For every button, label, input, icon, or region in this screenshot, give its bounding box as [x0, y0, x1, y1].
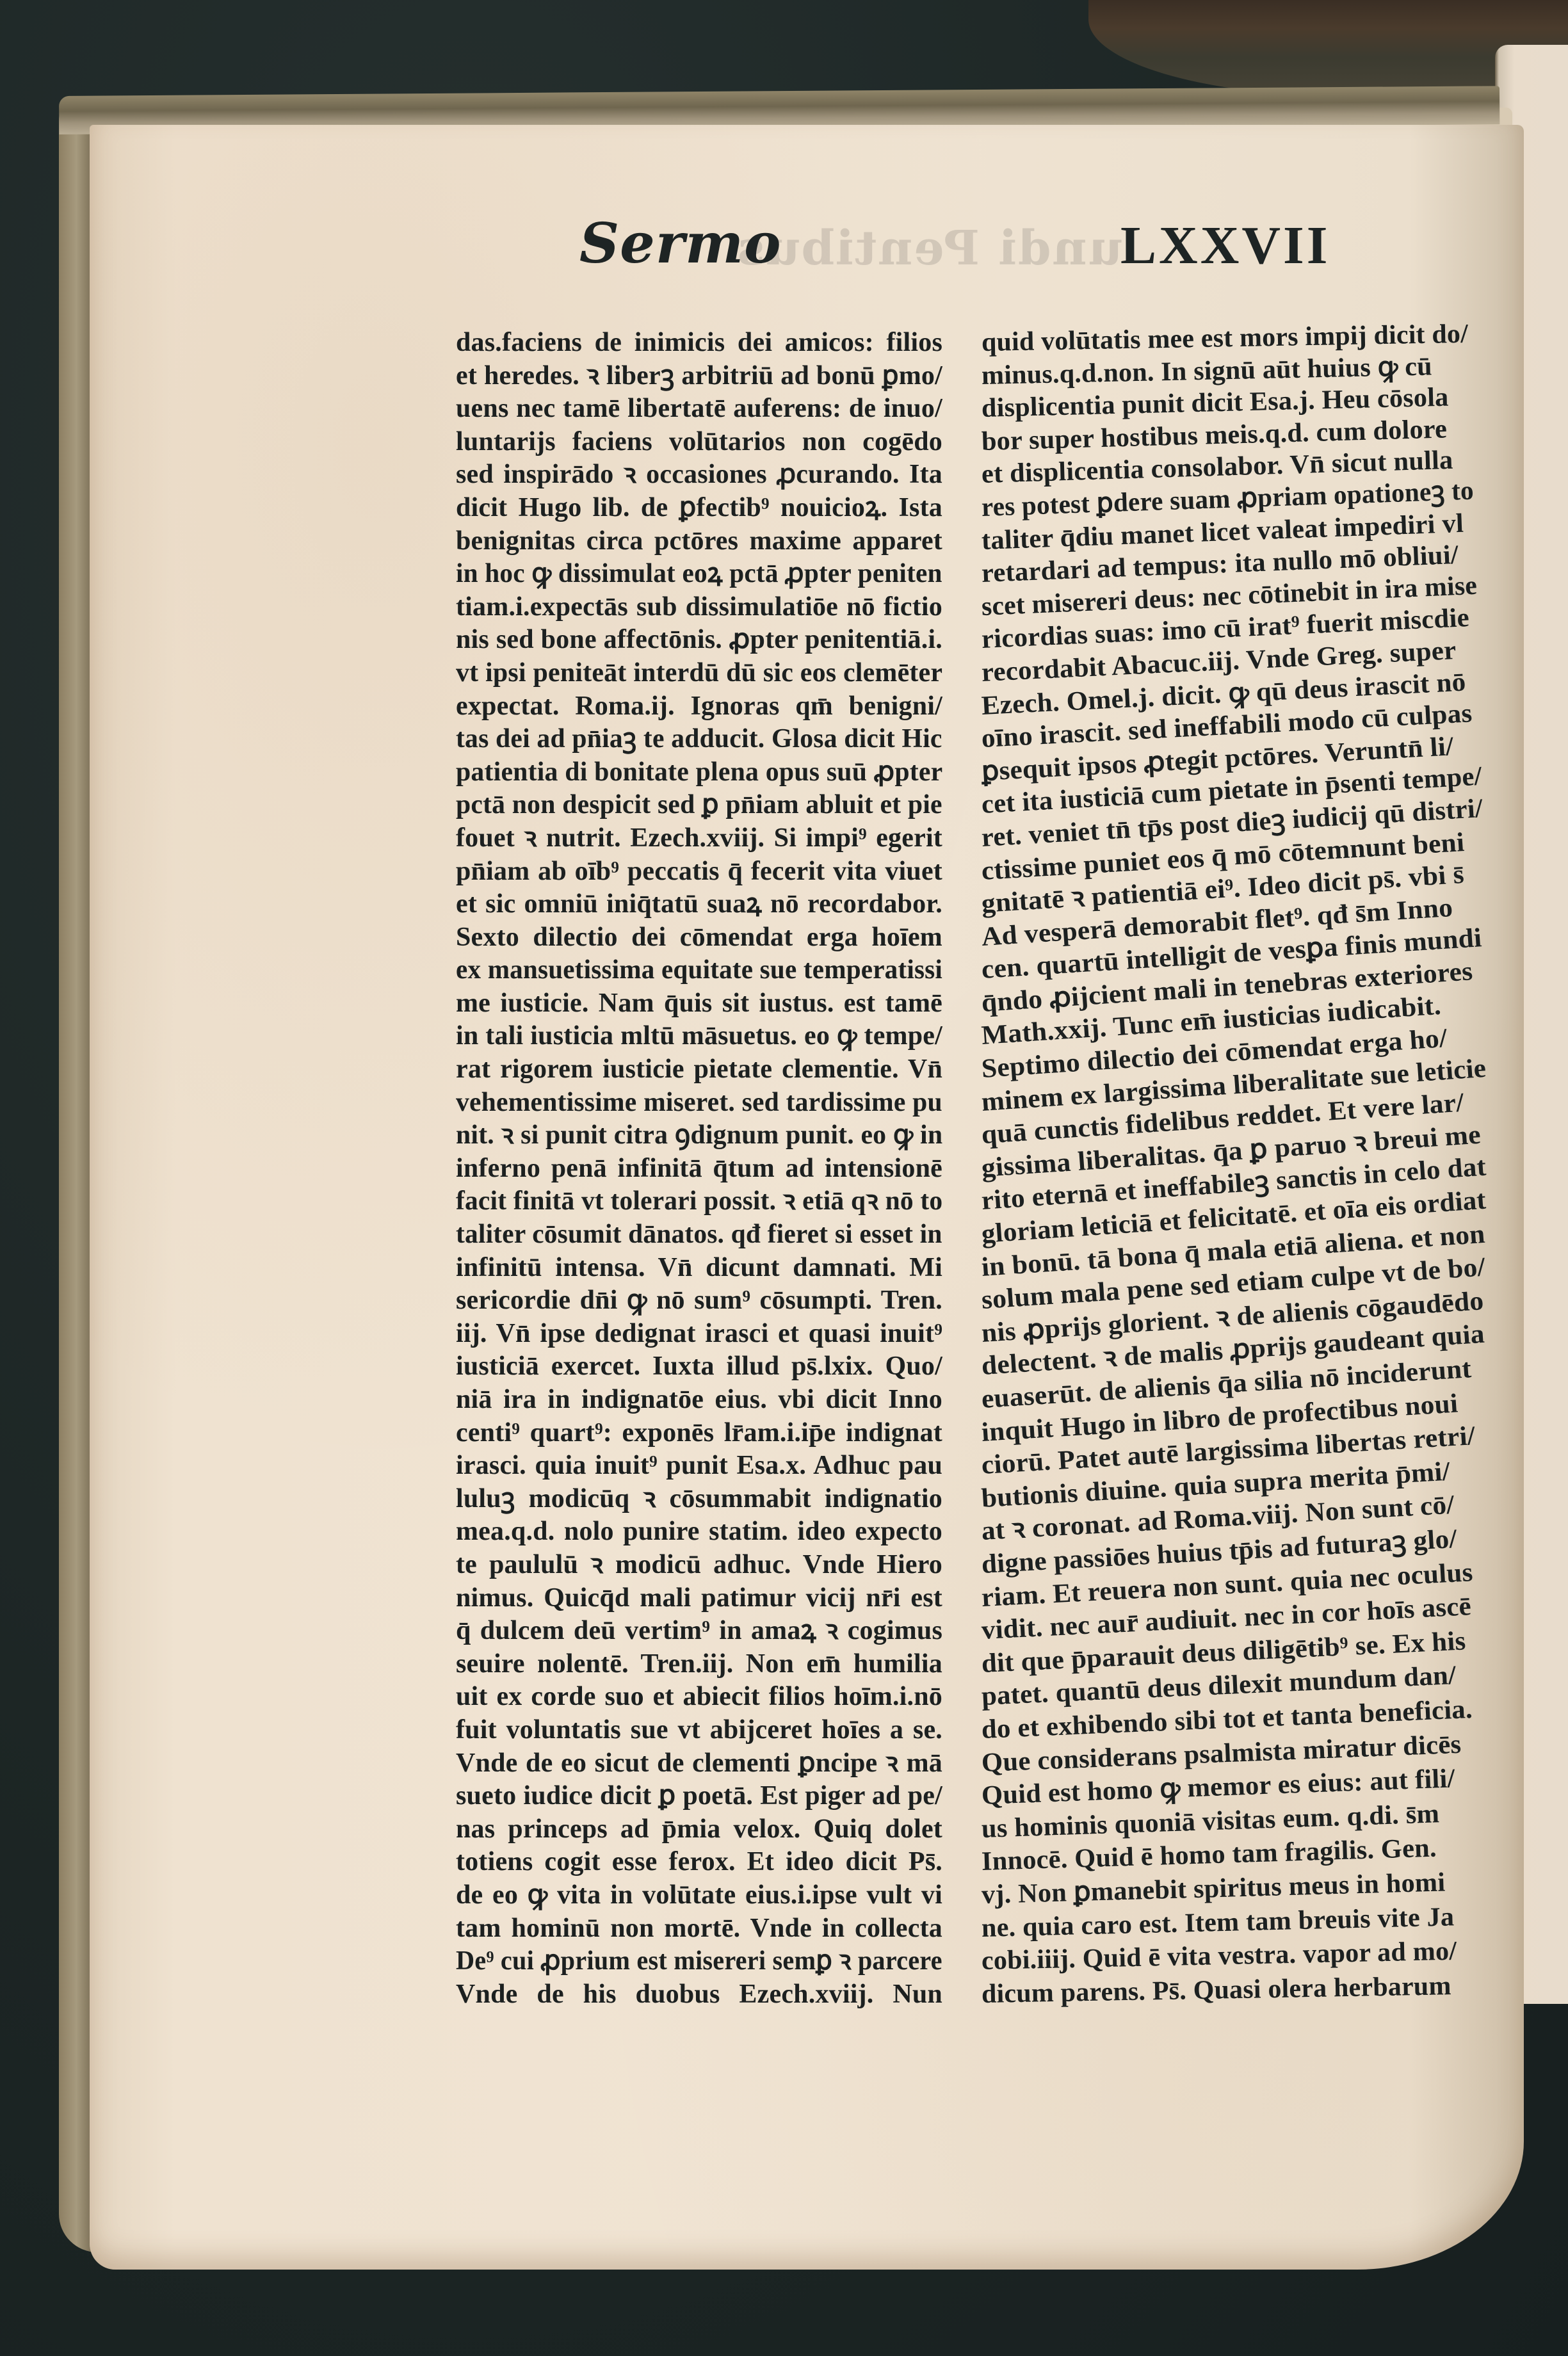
- text-line: et heredes. ꝛ liberꝫ arbitriū ad bonū ꝑm…: [456, 360, 942, 393]
- running-head: Sermo: [579, 211, 782, 276]
- text-line: De⁹ cui ꝓprium est misereri semꝑ ꝛ parce…: [456, 1945, 923, 1978]
- text-line: luntarijs faciens volūtarios non cogēdo: [456, 426, 942, 459]
- text-line: nimus. Quicq̄d mali patimur vicij nr̄i e…: [456, 1582, 942, 1615]
- text-line: fuit voluntatis sue vt abijceret hoīes a…: [456, 1714, 942, 1747]
- text-line: sed inspirādo ꝛ occasiones ꝓcurando. Ita: [456, 458, 942, 492]
- text-line: facit finitā vt tolerari possit. ꝛ etiā …: [456, 1185, 936, 1218]
- text-line: totiens cogit esse ferox. Et ideo dicit …: [456, 1846, 942, 1879]
- text-line: tas dei ad pn̄iaꝫ te adducit. Glosa dici…: [456, 723, 938, 756]
- text-line: in tali iusticia mltū māsuetus. eo ꝙ tem…: [456, 1020, 942, 1053]
- text-line: niā ira in indignatōe eius. vbi dicit In…: [456, 1384, 942, 1417]
- text-line: infinitū intensa. Vn̄ dicunt damnati. Mi: [456, 1252, 942, 1285]
- text-line: Vnde de his duobus Ezech.xviij. Nun: [456, 1978, 942, 2012]
- text-line: benignitas circa pctōres maxime apparet: [456, 525, 942, 558]
- text-line: iij. Vn̄ ipse dedignat irasci et quasi i…: [456, 1318, 942, 1351]
- text-line: fouet ꝛ nutrit. Ezech.xviij. Si impi⁹ eg…: [456, 822, 942, 855]
- text-line: nas princeps ad p̄mia velox. Quiq dolet: [456, 1813, 942, 1846]
- text-line: te paululū ꝛ modicū adhuc. Vnde Hiero: [456, 1549, 942, 1582]
- text-line: Sexto dilectio dei cōmendat erga hoīem: [456, 921, 942, 955]
- text-line: vehementissime miseret. sed tardissime p…: [456, 1086, 938, 1120]
- show-through-text: undi Pentibus: [736, 221, 1122, 276]
- text-line: sericordie dn̄i ꝙ nō sum⁹ cōsumpti. Tren…: [456, 1284, 942, 1318]
- text-line: vt ipsi peniteāt interdū dū sic eos clem…: [456, 657, 942, 690]
- text-line: iusticiā exercet. Iuxta illud ps̄.lxix. …: [456, 1350, 942, 1384]
- text-column-right: quid volūtatis mee est mors impij dicit …: [982, 327, 1468, 2011]
- text-line: seuire nolentē. Tren.iij. Non em̄ humili…: [456, 1648, 942, 1681]
- text-line: me iusticie. Nam q̄uis sit iustus. est t…: [456, 987, 942, 1021]
- text-line: pn̄iam ab oīb⁹ peccatis q̄ fecerit vita …: [456, 855, 942, 889]
- text-line: pctā non despicit sed ꝑ pn̄iam abluit et…: [456, 789, 939, 822]
- text-line: ex mansuetissima equitate sue temperatis…: [456, 954, 932, 987]
- text-line: et sic omniū iniq̄tatū suaꝝ nō recordabo…: [456, 888, 942, 921]
- text-line: dicit Hugo lib. de ꝑfectib⁹ nouicioꝝ. Is…: [456, 492, 942, 525]
- text-line: patientia di bonitate plena opus suū ꝓpt…: [456, 756, 940, 789]
- text-line: centi⁹ quart⁹: exponēs lr̄am.i.ip̄e indi…: [456, 1417, 942, 1450]
- text-line: uens nec tamē libertatē auferens: de inu…: [456, 392, 942, 426]
- text-line: de eo ꝙ vita in volūtate eius.i.ipse vul…: [456, 1879, 942, 1912]
- text-line: das.faciens de inimicis dei amicos: fili…: [456, 327, 942, 360]
- text-line: rat rigorem iusticie pietate clementie. …: [456, 1053, 942, 1086]
- text-line: nis sed bone affectōnis. ꝓpter penitenti…: [456, 624, 942, 657]
- text-line: in hoc ꝙ dissimulat eoꝝ pctā ꝓpter penit…: [456, 558, 934, 591]
- text-line: uit ex corde suo et abiecit filios hoīm.…: [456, 1681, 942, 1714]
- text-line: luluꝫ modicūq ꝛ cōsummabit indignatio: [456, 1483, 942, 1516]
- text-line: tam hominū non mortē. Vnde in collecta: [456, 1912, 942, 1946]
- text-line: Vnde de eo sicut de clementi ꝑncipe ꝛ mā: [456, 1747, 942, 1780]
- text-line: tiam.i.expectās sub dissimulatiōe nō fic…: [456, 591, 942, 624]
- text-line: irasci. quia inuit⁹ punit Esa.x. Adhuc p…: [456, 1449, 942, 1483]
- text-line: nit. ꝛ si punit citra ꝯdignum punit. eo …: [456, 1119, 939, 1152]
- text-line: inferno penā infinitā q̄tum ad intension…: [456, 1152, 942, 1186]
- text-line: mea.q.d. nolo punire statim. ideo expect…: [456, 1515, 942, 1549]
- text-line: sueto iudice dicit ꝑ poetā. Est piger ad…: [456, 1780, 942, 1813]
- text-line: q̄ dulcem deū vertim⁹ in amaꝝ ꝛ cogimus: [456, 1615, 942, 1648]
- text-line: expectat. Roma.ij. Ignoras qm̄ benigni/: [456, 690, 942, 723]
- folio-number: LXXVII: [1120, 214, 1330, 277]
- text-line: taliter cōsumit dānatos. qđ fieret si es…: [456, 1218, 935, 1252]
- text-column-left: das.faciens de inimicis dei amicos: fili…: [456, 327, 942, 2011]
